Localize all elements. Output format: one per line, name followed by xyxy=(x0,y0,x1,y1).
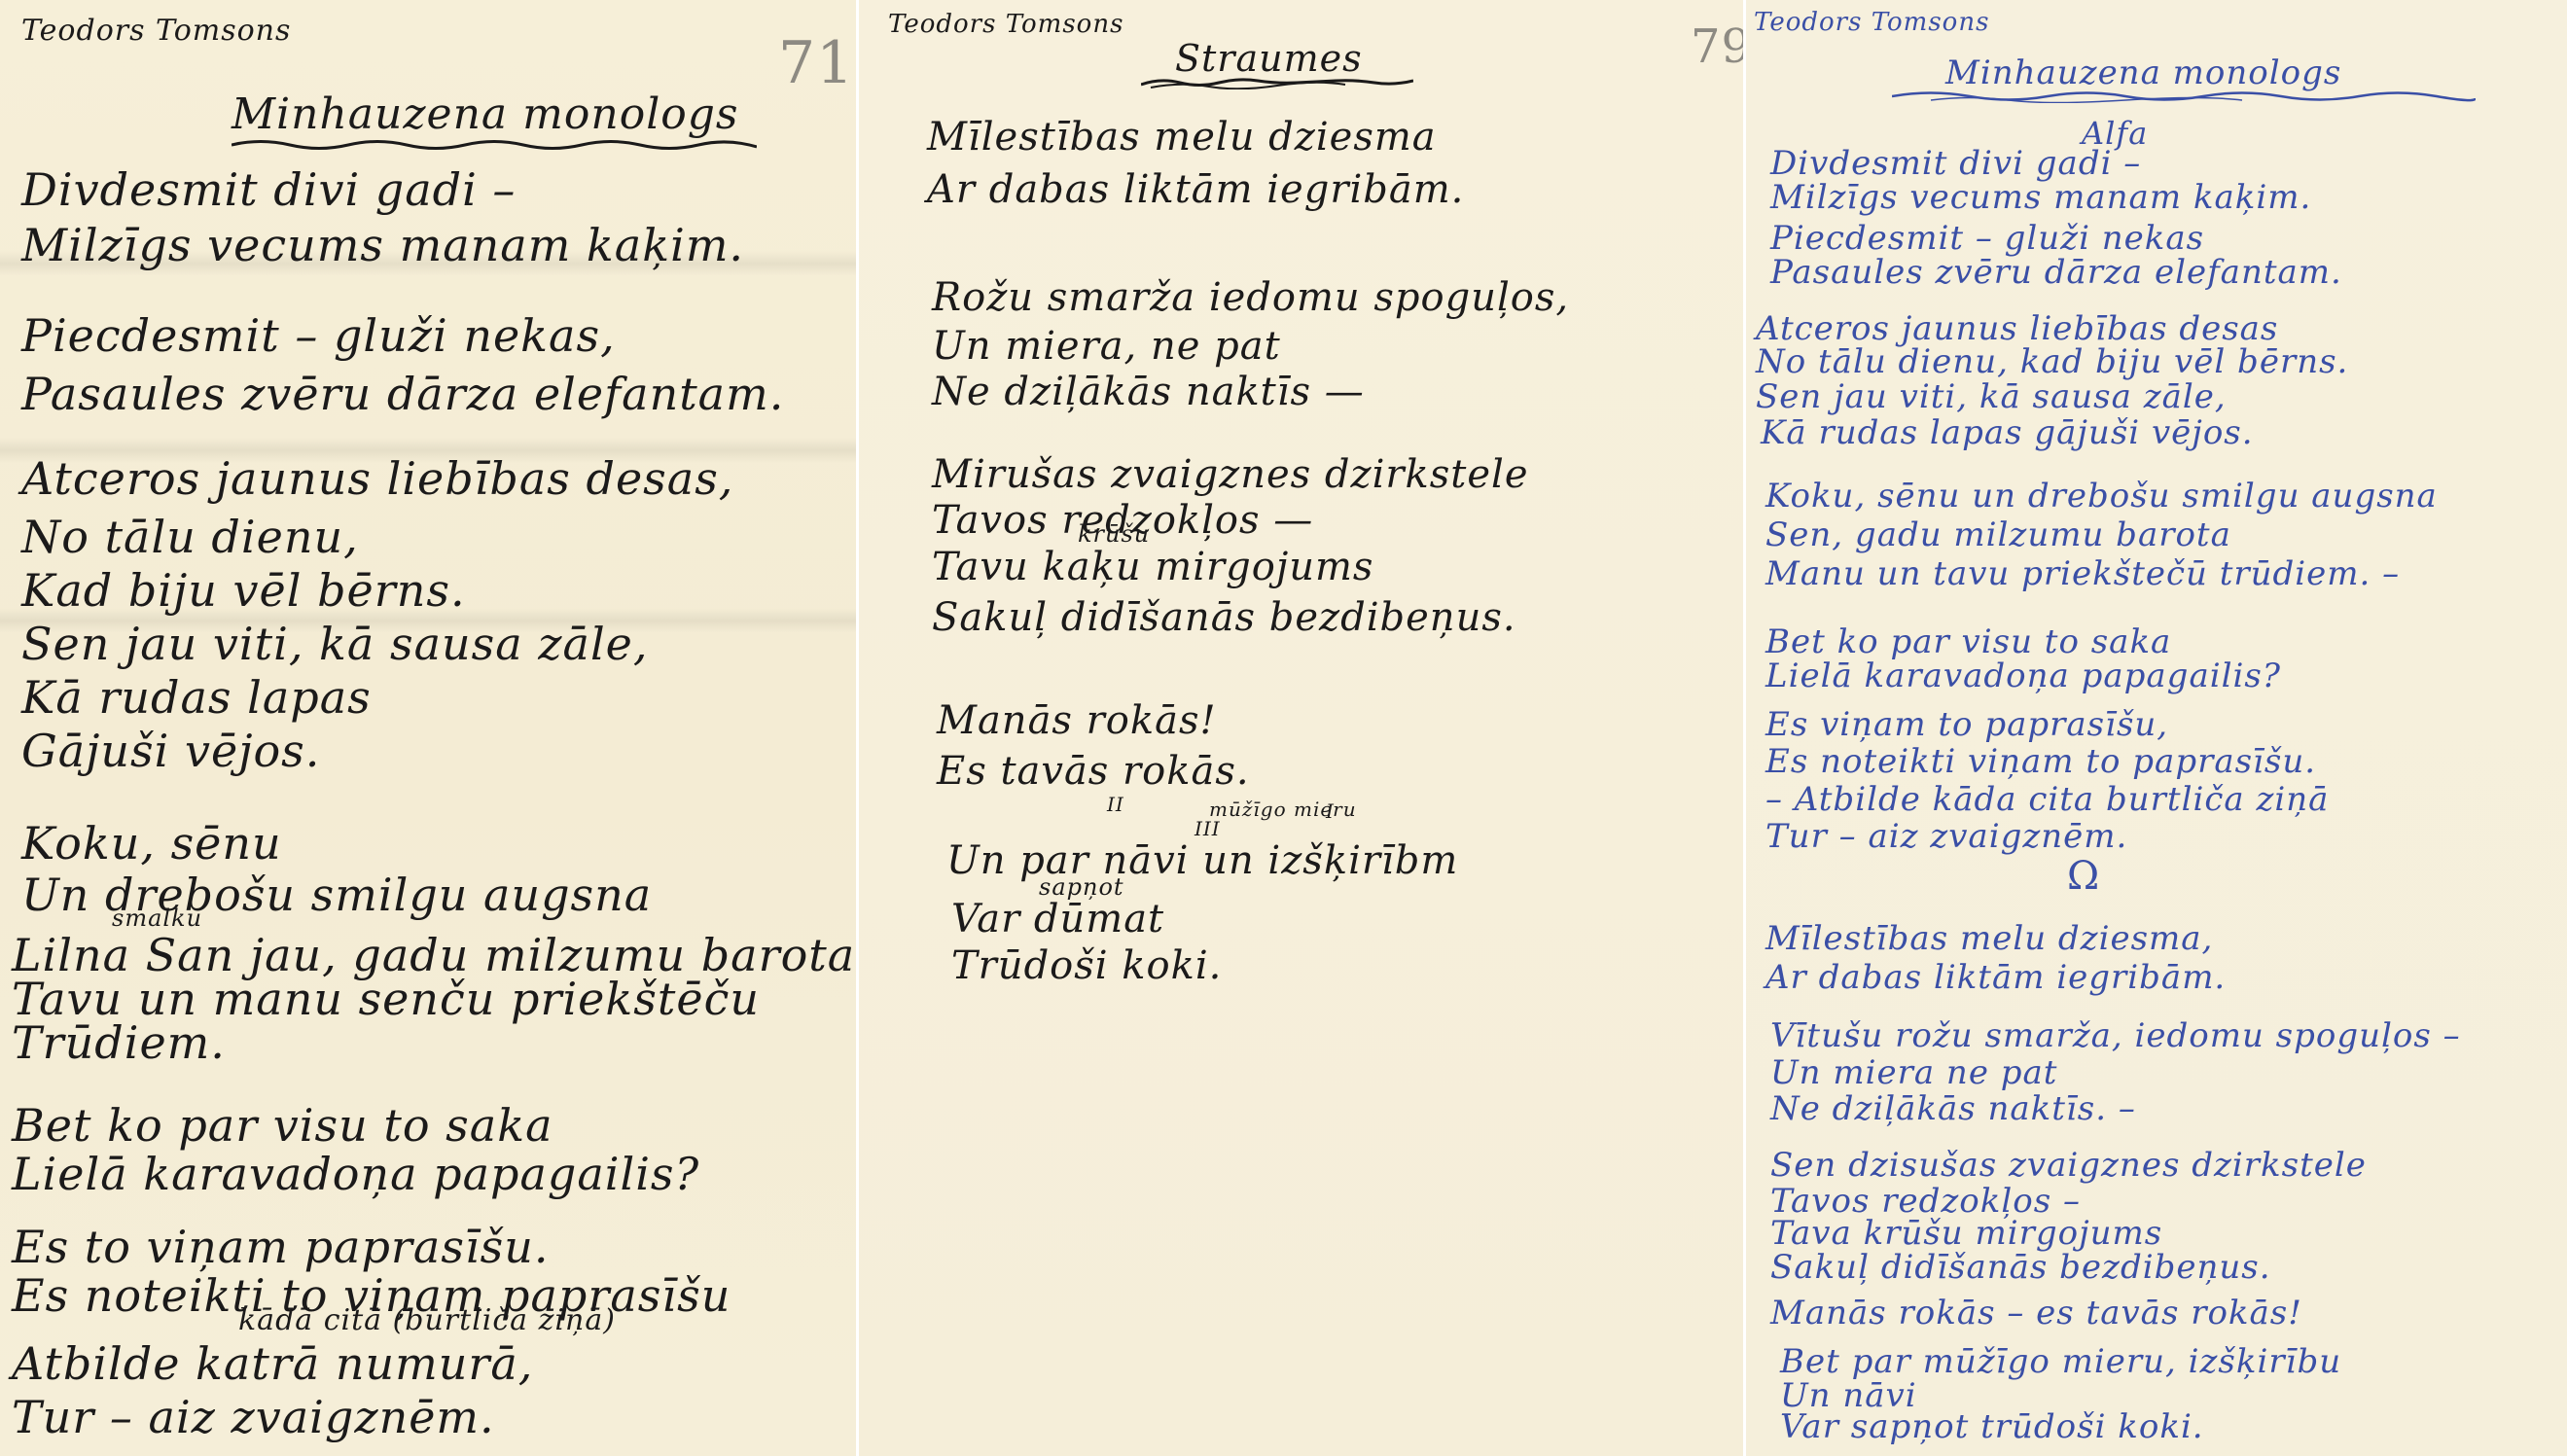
verse-line: Ar dabas liktām iegribām. xyxy=(1765,958,2226,997)
verse-line: – Atbilde kāda cita burtliča ziņā xyxy=(1765,780,2329,819)
verse-line: Milzīgs vecums manam kaķim. xyxy=(21,219,744,271)
verse-line: Es viņam to paprasīšu, xyxy=(1765,705,2168,744)
verse-line: Bet par mūžīgo mieru, izšķirību xyxy=(1780,1342,2341,1381)
verse-line: Piecdesmit – gluži nekas xyxy=(1770,219,2204,258)
verse-line: Tavu kaķu mirgojums xyxy=(932,545,1373,589)
verse-line: Kad biju vēl bērns. xyxy=(21,564,466,617)
interlinear-correction: kādā citā (burtliča ziņā) xyxy=(238,1303,616,1337)
page-number: 79 xyxy=(1691,19,1743,74)
roman-numeral-mark: III xyxy=(1194,817,1221,840)
page-number: 71 xyxy=(778,29,854,97)
verse-line: Tur – aiz zvaigznēm. xyxy=(12,1391,495,1443)
verse-line: Un miera, ne pat xyxy=(932,324,1281,369)
interlinear-correction: smalku xyxy=(112,905,202,932)
verse-line: Pasaules zvēru dārza elefantam. xyxy=(21,368,784,420)
section-divider-mark: Ω xyxy=(2067,854,2099,899)
verse-line: Rožu smarža iedomu spoguļos, xyxy=(932,275,1569,320)
verse-line: Koku, sēnu un drebošu smilgu augsna xyxy=(1765,477,2438,515)
verse-line: Sen dzisušas zvaigznes dzirkstele xyxy=(1770,1146,2367,1185)
verse-line: Var sapņot trūdoši koki. xyxy=(1780,1407,2204,1446)
author-name: Teodors Tomsons xyxy=(21,14,291,48)
poem-title: Minhauzena monologs xyxy=(1945,53,2341,92)
interlinear-correction: krūšu xyxy=(1078,520,1150,548)
verse-line: Mīlestības melu dziesma, xyxy=(1765,919,2213,958)
verse-line: Sen jau viti, kā sausa zāle, xyxy=(1756,377,2227,416)
poem-title: Straumes xyxy=(1175,37,1363,80)
roman-numeral-mark: II xyxy=(1107,793,1124,816)
verse-line: Trūdoši koki. xyxy=(951,943,1222,988)
verse-line: No tālu dienu, xyxy=(21,511,359,563)
verse-line: No tālu dienu, kad biju vēl bērns. xyxy=(1756,342,2348,381)
title-underline xyxy=(1141,76,1413,89)
verse-line: Bet ko par visu to saka xyxy=(12,1099,553,1152)
author-name: Teodors Tomsons xyxy=(1754,8,1989,37)
verse-line: Piecdesmit – gluži nekas, xyxy=(21,309,616,362)
verse-line: Trūdiem. xyxy=(12,1016,226,1069)
verse-line: Gājuši vējos. xyxy=(21,725,320,777)
verse-line: Lielā karavadoņa papagailis? xyxy=(1765,657,2281,695)
verse-line: Es noteikti viņam to paprasīšu. xyxy=(1765,742,2316,781)
verse-line: Vītušu rožu smarža, iedomu spoguļos – xyxy=(1770,1016,2461,1055)
manuscript-sheet-1: Teodors Tomsons 71 Minhauzena monologs D… xyxy=(0,0,856,1456)
verse-line: Sen jau viti, kā sausa zāle, xyxy=(21,618,649,670)
roman-numeral-mark: I xyxy=(1326,799,1335,823)
verse-line: Divdesmit divi gadi – xyxy=(1770,144,2141,183)
verse-line: Mirušas zvaigznes dzirkstele xyxy=(932,452,1529,497)
verse-line: Ar dabas liktām iegribām. xyxy=(927,167,1464,212)
verse-line: Kā rudas lapas gājuši vējos. xyxy=(1761,413,2254,452)
verse-line: Es to viņam paprasīšu. xyxy=(12,1221,550,1273)
verse-line: Var dūmat xyxy=(951,897,1164,941)
verse-line: Mīlestības melu dziesma xyxy=(927,115,1437,160)
verse-line: Milzīgs vecums manam kaķim. xyxy=(1770,178,2311,217)
manuscript-sheet-2: Teodors Tomsons 79 Straumes Mīlestības m… xyxy=(859,0,1743,1456)
verse-line: Sakuļ didīšanās bezdibeņus. xyxy=(1770,1248,2271,1287)
verse-line: Lielā karavadoņa papagailis? xyxy=(12,1148,699,1200)
title-underline xyxy=(232,138,757,152)
author-name: Teodors Tomsons xyxy=(888,10,1123,39)
verse-line: Manās rokās! xyxy=(937,698,1217,743)
verse-line: Atbilde katrā numurā, xyxy=(12,1337,533,1390)
verse-line: Tur – aiz zvaigznēm. xyxy=(1765,817,2127,856)
verse-line: Koku, sēnu xyxy=(21,817,282,870)
verse-line: Kā rudas lapas xyxy=(21,671,372,724)
verse-line: Ne dziļākās naktīs. – xyxy=(1770,1089,2136,1128)
manuscript-sheet-3: Teodors Tomsons Minhauzena monologs Alfa… xyxy=(1746,0,2567,1456)
verse-line: Es tavās rokās. xyxy=(937,749,1250,794)
verse-line: Ne dziļākās naktīs — xyxy=(932,370,1365,414)
verse-line: Sen, gadu milzumu barota xyxy=(1765,515,2231,554)
verse-line: Pasaules zvēru dārza elefantam. xyxy=(1770,253,2342,292)
verse-line: Un par nāvi un izšķirībm xyxy=(946,838,1458,883)
verse-line: Sakuļ didīšanās bezdibeņus. xyxy=(932,595,1516,640)
title-underline xyxy=(1892,89,2476,103)
verse-line: Un miera ne pat xyxy=(1770,1053,2057,1092)
verse-line: Tava krūšu mirgojums xyxy=(1770,1214,2162,1253)
verse-line: Manās rokās – es tavās rokās! xyxy=(1770,1294,2302,1332)
verse-line: Manu un tavu priekštečū trūdiem. – xyxy=(1765,554,2400,593)
verse-line: Divdesmit divi gadi – xyxy=(21,163,516,216)
poem-title: Minhauzena monologs xyxy=(232,89,739,139)
verse-line: Atceros jaunus liebības desas, xyxy=(21,452,733,505)
verse-line: Bet ko par visu to saka xyxy=(1765,622,2171,661)
